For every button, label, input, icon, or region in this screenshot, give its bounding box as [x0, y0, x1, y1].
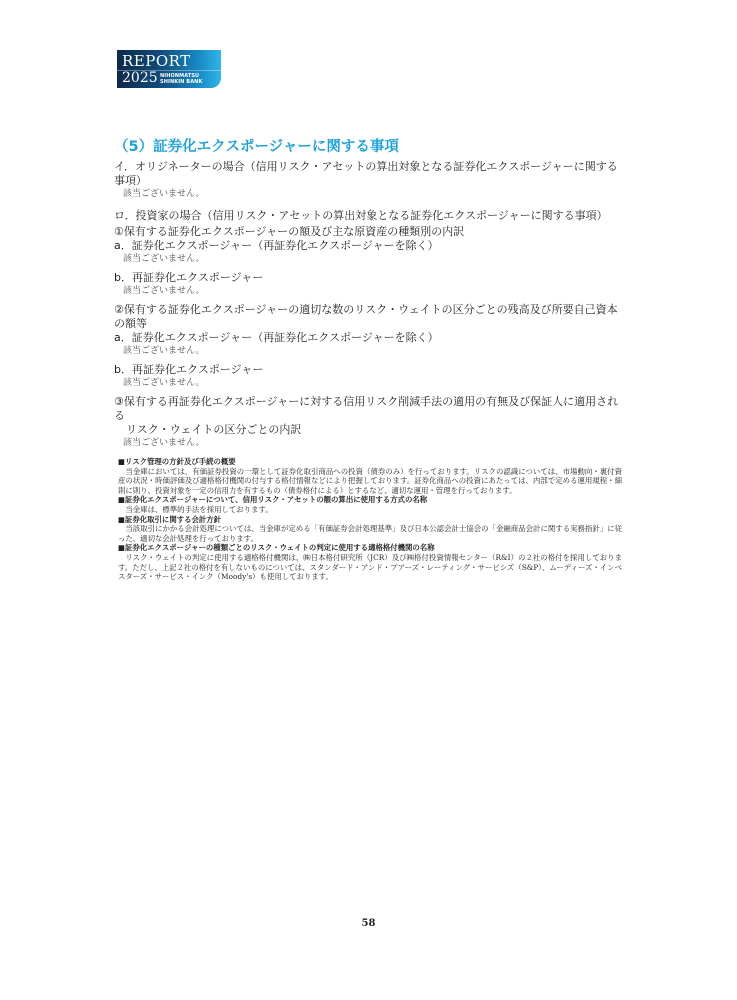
item-3-note: 該当ございません。 [123, 437, 624, 449]
item-1b-heading: b．再証券化エクスポージャー [114, 271, 624, 285]
policy-4-heading: ■証券化エクスポージャーの種類ごとのリスク・ウェイトの判定に使用する適格格付機関… [118, 543, 622, 553]
page-content: （5）証券化エクスポージャーに関する事項 イ．オリジネーターの場合（信用リスク・… [114, 138, 624, 582]
item-3-heading-line1: ③保有する再証券化エクスポージャーに対する信用リスク削減手法の適用の有無及び保証… [114, 395, 624, 423]
policy-1-body: 当金庫においては、有価証券投資の一環として証券化取引商品への投資（債券のみ）を行… [118, 467, 622, 496]
item-2b-note: 該当ございません。 [123, 377, 624, 389]
policy-3-body: 当該取引にかかる会計処理については、当金庫が定める「有価証券会計処理基準」及び日… [118, 524, 622, 543]
item-3-heading-line2: リスク・ウェイトの区分ごとの内訳 [114, 423, 624, 437]
policy-block: ■リスク管理の方針及び手続の概要 当金庫においては、有価証券投資の一環として証券… [118, 457, 622, 582]
policy-4-body: リスク・ウェイトの判定に使用する適格格付機関は、㈱日本格付研究所（JCR）及び㈱… [118, 553, 622, 582]
item-2-heading: ②保有する証券化エクスポージャーの適切な数のリスク・ウェイトの区分ごとの残高及び… [114, 303, 624, 331]
policy-3-heading: ■証券化取引に関する会計方針 [118, 515, 622, 525]
item-1a-heading: a．証券化エクスポージャー（再証券化エクスポージャーを除く） [114, 239, 624, 253]
originator-heading: イ．オリジネーターの場合（信用リスク・アセットの算出対象となる証券化エクスポージ… [114, 160, 624, 188]
item-1a-note: 該当ございません。 [123, 253, 624, 265]
logo-report-text: REPORT [122, 52, 191, 70]
originator-note: 該当ございません。 [123, 188, 624, 200]
logo-bank-name: NIHONMATSU SHINKIN BANK [160, 73, 202, 85]
item-1-heading: ①保有する証券化エクスポージャーの額及び主な原資産の種類別の内訳 [114, 225, 624, 239]
logo-bank-line2: SHINKIN BANK [160, 79, 202, 85]
report-logo: REPORT 2025 NIHONMATSU SHINKIN BANK [117, 50, 221, 88]
section-title: （5）証券化エクスポージャーに関する事項 [114, 138, 624, 156]
policy-2-body: 当金庫は、標準的手法を採用しております。 [118, 505, 622, 515]
policy-1-heading: ■リスク管理の方針及び手続の概要 [118, 457, 622, 467]
investor-heading: ロ．投資家の場合（信用リスク・アセットの算出対象となる証券化エクスポージャーに関… [114, 209, 624, 223]
logo-year: 2025 [122, 70, 158, 87]
page-number: 58 [0, 918, 737, 929]
item-2a-heading: a．証券化エクスポージャー（再証券化エクスポージャーを除く） [114, 331, 624, 345]
item-2a-note: 該当ございません。 [123, 345, 624, 357]
item-1b-note: 該当ございません。 [123, 285, 624, 297]
item-2b-heading: b．再証券化エクスポージャー [114, 363, 624, 377]
policy-2-heading: ■証券化エクスポージャーについて、信用リスク・アセットの額の算出に使用する方式の… [118, 495, 622, 505]
